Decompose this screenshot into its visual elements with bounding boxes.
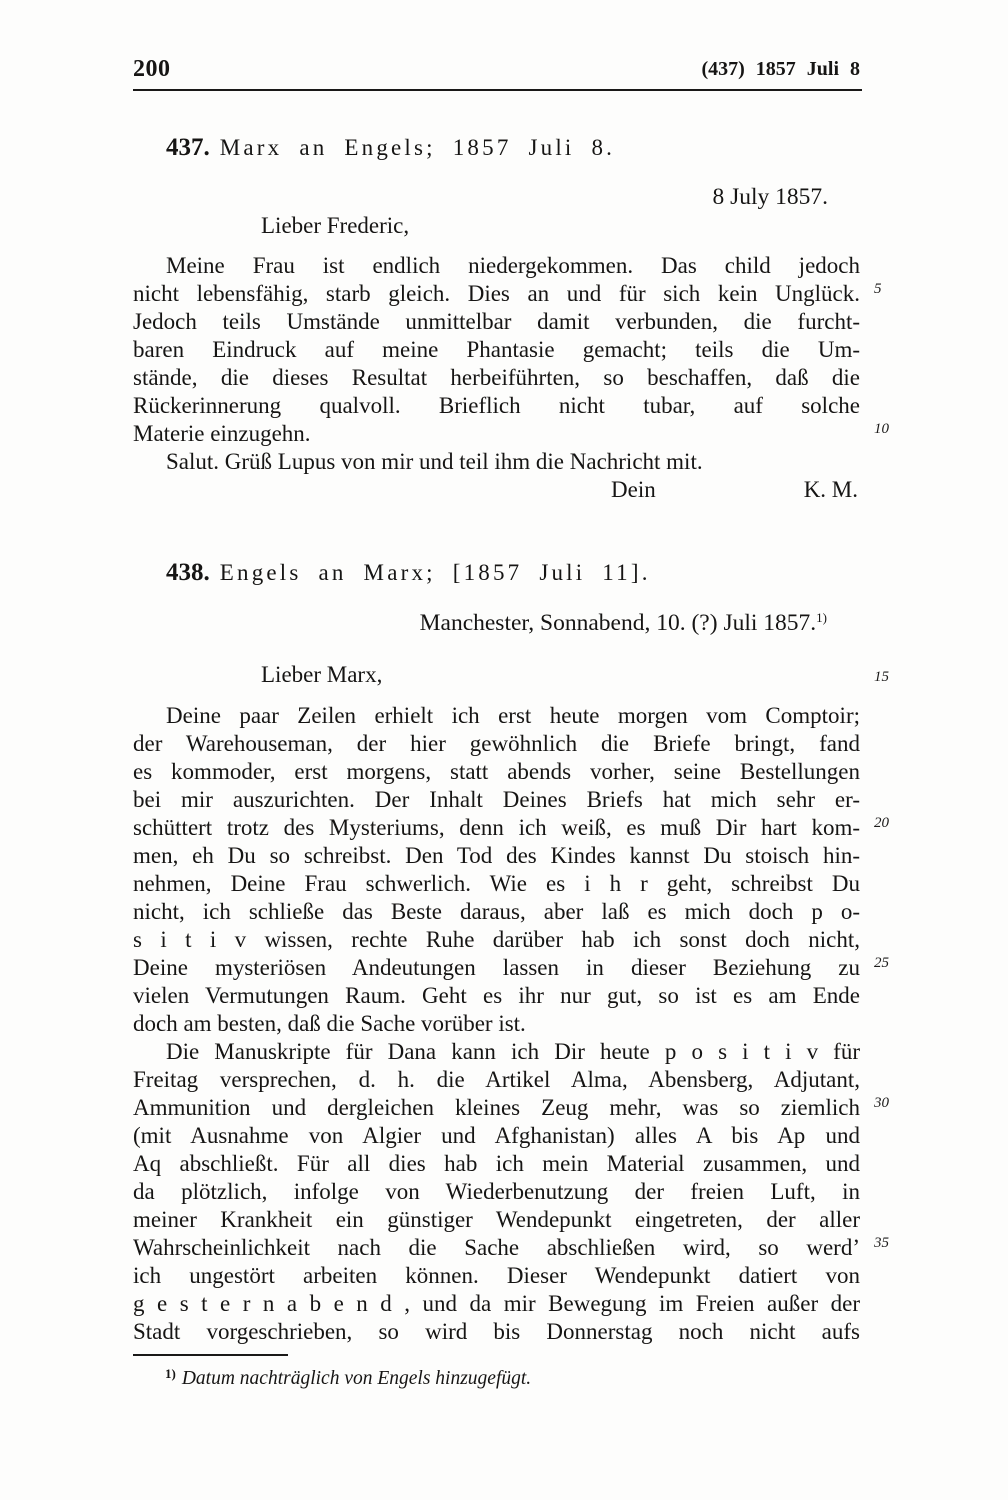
line-text: Rückerinnerung qualvoll. Brieflich nicht…	[133, 393, 860, 418]
dateline-text: Manchester, Sonnabend, 10. (?) Juli 1857…	[420, 610, 817, 636]
text-line: da plötzlich, infolge von Wiederbenutzun…	[133, 1178, 860, 1206]
margin-line-number: 10	[874, 422, 889, 437]
text-line: Wahrscheinlichkeit nach die Sache abschl…	[133, 1234, 860, 1262]
salutation-text: Lieber Marx,	[261, 662, 382, 687]
text-line: Aq abschließt. Für all dies hab ich mein…	[133, 1150, 860, 1178]
text-line: Stadt vorgeschrieben, so wird bis Donner…	[133, 1318, 860, 1346]
line-text: ich ungestört arbeiten können. Dieser We…	[133, 1263, 860, 1288]
text-line: Jedoch teils Umstände unmittelbar damit …	[133, 308, 860, 336]
line-text: Aq abschließt. Für all dies hab ich mein…	[133, 1151, 860, 1176]
line-text: es kommoder, erst morgens, statt abends …	[133, 759, 860, 784]
text-line: baren Eindruck auf meine Phantasie gemac…	[133, 336, 860, 364]
running-title: (437) 1857 Juli 8	[701, 58, 860, 81]
text-line: (mit Ausnahme von Algier und Afghanistan…	[133, 1122, 860, 1150]
line-text: Deine mysteriösen Andeutungen lassen in …	[133, 955, 860, 980]
footnote: 1)Datum nachträglich von Engels hinzugef…	[133, 1366, 860, 1390]
letter-437-dateline: 8 July 1857.	[133, 184, 860, 211]
text-line: nehmen, Deine Frau schwerlich. Wie es i …	[133, 870, 860, 898]
text-line: der Warehouseman, der hier gewöhnlich di…	[133, 730, 860, 758]
valediction: Dein	[611, 477, 656, 503]
line-text: nicht lebensfähig, starb gleich. Dies an…	[133, 281, 860, 306]
footnote-text: Datum nachträglich von Engels hinzugefüg…	[182, 1368, 531, 1389]
margin-line-number: 5	[874, 282, 882, 297]
text-line: Salut. Grüß Lupus von mir und teil ihm d…	[133, 448, 860, 476]
text-line: ich ungestört arbeiten können. Dieser We…	[133, 1262, 860, 1290]
text-line: Die Manuskripte für Dana kann ich Dir he…	[133, 1038, 860, 1066]
text-line: nicht lebensfähig, starb gleich. Dies an…	[133, 280, 860, 308]
footnote-reference-marker: 1)	[816, 610, 827, 625]
line-text: Salut. Grüß Lupus von mir und teil ihm d…	[166, 449, 703, 474]
line-text: baren Eindruck auf meine Phantasie gemac…	[133, 337, 860, 362]
letter-437-body: Meine Frau ist endlich niedergekommen. D…	[133, 252, 860, 476]
letter-title: Engels an Marx; [1857 Juli 11].	[220, 560, 651, 585]
letter-437-salutation: Lieber Frederic,	[133, 213, 860, 239]
signature: K. M.	[804, 477, 858, 503]
line-text: doch am besten, daß die Sache vorüber is…	[133, 1011, 526, 1036]
line-text: vielen Vermutungen Raum. Geht es ihr nur…	[133, 983, 860, 1008]
line-text: Jedoch teils Umstände unmittelbar damit …	[133, 309, 860, 334]
page-header: 200 (437) 1857 Juli 8	[133, 55, 860, 85]
line-text: da plötzlich, infolge von Wiederbenutzun…	[133, 1179, 860, 1204]
line-text: Wahrscheinlichkeit nach die Sache abschl…	[133, 1235, 860, 1260]
line-text: s i t i v wissen, rechte Ruhe darüber ha…	[133, 927, 860, 952]
text-line: es kommoder, erst morgens, statt abends …	[133, 758, 860, 786]
line-text: der Warehouseman, der hier gewöhnlich di…	[133, 731, 860, 756]
text-line: Ammunition und dergleichen kleines Zeug …	[133, 1094, 860, 1122]
margin-line-number: 30	[874, 1096, 889, 1111]
line-text: Materie einzugehn.	[133, 421, 311, 446]
text-line: Materie einzugehn.10	[133, 420, 860, 448]
text-line: Deine mysteriösen Andeutungen lassen in …	[133, 954, 860, 982]
text-line: g e s t e r n a b e n d , und da mir Bew…	[133, 1290, 860, 1318]
line-text: schüttert trotz des Mysteriums, denn ich…	[133, 815, 860, 840]
line-text: nicht, ich schließe das Beste daraus, ab…	[133, 899, 860, 924]
footnote-marker: 1)	[165, 1366, 176, 1381]
line-text: bei mir auszurichten. Der Inhalt Deines …	[133, 787, 860, 812]
letter-438-heading: 438.Engels an Marx; [1857 Juli 11].	[133, 559, 860, 587]
line-text: (mit Ausnahme von Algier und Afghanistan…	[133, 1123, 860, 1148]
margin-line-number: 35	[874, 1236, 889, 1251]
line-text: Freitag versprechen, d. h. die Artikel A…	[133, 1067, 860, 1092]
letter-number: 437.	[166, 134, 210, 161]
text-line: Freitag versprechen, d. h. die Artikel A…	[133, 1066, 860, 1094]
letter-438-salutation: Lieber Marx,15	[133, 662, 860, 688]
text-line: bei mir auszurichten. Der Inhalt Deines …	[133, 786, 860, 814]
line-text: men, eh Du so schreibst. Den Tod des Kin…	[133, 843, 860, 868]
book-page: 200 (437) 1857 Juli 8 437.Marx an Engels…	[0, 0, 1008, 1500]
line-text: nehmen, Deine Frau schwerlich. Wie es i …	[133, 871, 860, 896]
line-text: stände, die dieses Resultat herbeiführte…	[133, 365, 860, 390]
line-text: Deine paar Zeilen erhielt ich erst heute…	[166, 703, 860, 728]
text-line: s i t i v wissen, rechte Ruhe darüber ha…	[133, 926, 860, 954]
text-line: stände, die dieses Resultat herbeiführte…	[133, 364, 860, 392]
text-line: schüttert trotz des Mysteriums, denn ich…	[133, 814, 860, 842]
text-line: nicht, ich schließe das Beste daraus, ab…	[133, 898, 860, 926]
page-number: 200	[133, 56, 171, 83]
text-line: Rückerinnerung qualvoll. Brieflich nicht…	[133, 392, 860, 420]
text-line: men, eh Du so schreibst. Den Tod des Kin…	[133, 842, 860, 870]
letter-title: Marx an Engels; 1857 Juli 8.	[220, 135, 615, 160]
line-text: meiner Krankheit ein günstiger Wendepunk…	[133, 1207, 860, 1232]
letter-438-body: Deine paar Zeilen erhielt ich erst heute…	[133, 702, 860, 1346]
line-text: g e s t e r n a b e n d , und da mir Bew…	[133, 1291, 860, 1316]
margin-line-number: 25	[874, 956, 889, 971]
margin-line-number: 20	[874, 816, 889, 831]
letter-437-heading: 437.Marx an Engels; 1857 Juli 8.	[133, 134, 860, 162]
text-line: Meine Frau ist endlich niedergekommen. D…	[133, 252, 860, 280]
letter-438-dateline: Manchester, Sonnabend, 10. (?) Juli 1857…	[133, 610, 860, 637]
line-text: Ammunition und dergleichen kleines Zeug …	[133, 1095, 860, 1120]
text-line: meiner Krankheit ein günstiger Wendepunk…	[133, 1206, 860, 1234]
letter-number: 438.	[166, 559, 210, 586]
footnote-rule	[133, 1354, 288, 1356]
header-rule	[133, 89, 862, 91]
line-text: Stadt vorgeschrieben, so wird bis Donner…	[133, 1319, 860, 1344]
letter-437-signature-line: Dein K. M.	[133, 477, 860, 505]
line-text: Die Manuskripte für Dana kann ich Dir he…	[166, 1039, 860, 1064]
text-line: Deine paar Zeilen erhielt ich erst heute…	[133, 702, 860, 730]
margin-line-number: 15	[874, 670, 889, 685]
line-text: Meine Frau ist endlich niedergekommen. D…	[166, 253, 860, 278]
text-line: doch am besten, daß die Sache vorüber is…	[133, 1010, 860, 1038]
text-line: vielen Vermutungen Raum. Geht es ihr nur…	[133, 982, 860, 1010]
